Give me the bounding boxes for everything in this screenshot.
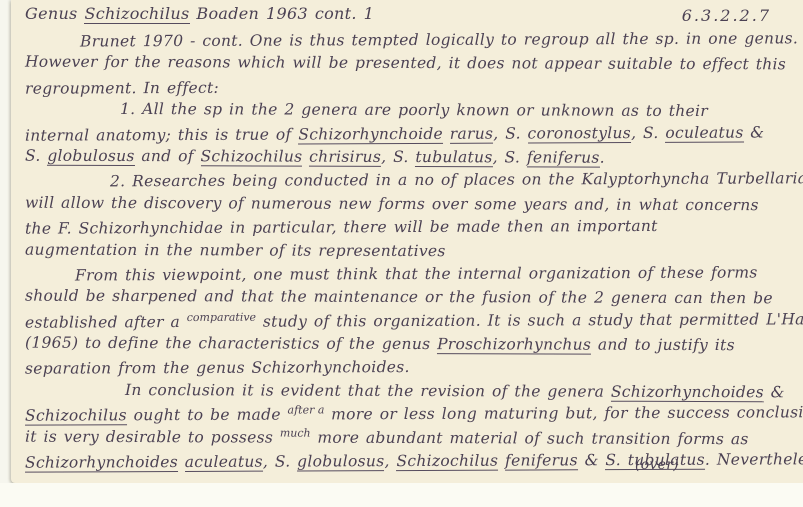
text-segment: and of [135, 147, 201, 165]
text-segment: it is very desirable to possess [25, 427, 280, 446]
underlined-taxon: feniferus [505, 451, 578, 470]
underlined-taxon: chrisirus [309, 148, 381, 167]
text-segment [178, 453, 185, 471]
text-segment: 1. All the sp in the 2 genera are poorly… [120, 100, 708, 120]
text-segment: 2. Researches being conducted in a no of… [110, 170, 803, 191]
underlined-taxon: Proschizorhynchus [437, 335, 591, 355]
card-text: Brunet 1970 - cont. One is thus tempted … [25, 29, 797, 473]
text-line: From this viewpoint, one must think that… [25, 261, 797, 288]
text-segment: study of this organization. It is such a… [256, 310, 803, 331]
text-segment: , S. [381, 148, 415, 166]
text-segment: and to justify its [591, 336, 735, 355]
text-segment: ought to be made [127, 406, 288, 425]
text-segment: However for the reasons which will be pr… [25, 53, 786, 74]
text-line: regroupment. In effect: [25, 74, 797, 101]
text-segment: Brunet 1970 - cont. One is thus tempted … [80, 29, 798, 50]
underlined-taxon: globulosus [297, 452, 384, 471]
text-segment: separation from the genus Schizorhynchoi… [25, 358, 410, 378]
inserted-word: much [280, 426, 311, 439]
underlined-taxon: rarus [450, 124, 494, 143]
text-line: S. globulosus and of Schizochilus chrisi… [25, 145, 797, 171]
text-segment: & [764, 383, 785, 401]
underlined-taxon: Schizorhynchoides [25, 453, 178, 473]
underlined-taxon: feniferus [527, 148, 600, 167]
text-line: Brunet 1970 - cont. One is thus tempted … [25, 27, 797, 54]
text-segment: , [384, 452, 396, 470]
underlined-taxon: aculeatus [185, 453, 263, 472]
text-line: established after a comparative study of… [25, 308, 797, 335]
underlined-taxon: tubulatus [415, 148, 492, 167]
text-line: it is very desirable to possess much mor… [25, 425, 797, 451]
scan-background: Genus Schizochilus Boaden 1963 cont. 1 6… [0, 0, 803, 507]
text-segment: regroupment. In effect: [25, 79, 219, 98]
text-line: However for the reasons which will be pr… [25, 51, 797, 77]
underlined-taxon: Schizorhynchoide [298, 124, 443, 144]
text-segment: From this viewpoint, one must think that… [75, 263, 758, 284]
text-segment: , S. [493, 124, 527, 142]
underlined-taxon: Schizochilus [396, 452, 498, 471]
text-segment: . Nevertheless [705, 450, 803, 469]
text-line: augmentation in the number of its repres… [25, 238, 797, 264]
text-segment: , S. [493, 148, 527, 166]
text-segment: , S. [263, 453, 297, 471]
text-segment: internal anatomy; this is true of [25, 125, 298, 144]
underlined-taxon: Schizorhynchoides [611, 383, 764, 403]
text-segment: (1965) to define the characteristics of … [25, 334, 437, 353]
text-segment: S. [25, 147, 47, 165]
text-segment: Genus [25, 4, 84, 23]
text-segment: should be sharpened and that the mainten… [25, 287, 773, 308]
text-segment: In conclusion it is evident that the rev… [125, 381, 611, 401]
text-segment: augmentation in the number of its repres… [25, 240, 446, 259]
underlined-taxon: coronostylus [527, 124, 631, 143]
underlined-taxon: Schizochilus [201, 147, 303, 166]
scan-margin [0, 483, 803, 507]
card-content: Genus Schizochilus Boaden 1963 cont. 1 6… [25, 4, 797, 479]
text-segment [443, 124, 450, 142]
text-line: separation from the genus Schizorhynchoi… [25, 355, 797, 382]
ref-number: 6.3.2.2.7 [682, 6, 771, 25]
text-segment: will allow the discovery of numerous new… [25, 193, 759, 214]
text-line: Schizorhynchoides aculeatus, S. globulos… [25, 448, 797, 475]
text-line: Schizochilus ought to be made after a mo… [25, 402, 797, 429]
text-line: should be sharpened and that the mainten… [25, 285, 797, 311]
text-segment: . [600, 149, 605, 167]
underlined-taxon: Schizochilus [84, 4, 189, 24]
text-line: In conclusion it is evident that the rev… [25, 379, 797, 405]
underlined-taxon: Schizochilus [25, 406, 127, 425]
text-segment: , S. [631, 123, 665, 141]
over-note: (over) [635, 457, 679, 473]
text-segment: Boaden 1963 cont. 1 [190, 4, 375, 23]
text-segment: the F. Schizorhynchidae in particular, t… [25, 217, 658, 238]
underlined-taxon: oculeatus [665, 123, 743, 142]
text-line: 1. All the sp in the 2 genera are poorly… [25, 98, 797, 124]
text-segment: more abundant material of such transitio… [311, 428, 749, 448]
card-title: Genus Schizochilus Boaden 1963 cont. 1 [25, 4, 374, 24]
text-segment: & [744, 123, 765, 141]
card-header: Genus Schizochilus Boaden 1963 cont. 1 6… [25, 4, 797, 28]
inserted-word: after a [287, 404, 324, 417]
text-segment: more or less long maturing but, for the … [324, 403, 803, 423]
text-line: will allow the discovery of numerous new… [25, 191, 797, 217]
text-line: internal anatomy; this is true of Schizo… [25, 121, 797, 148]
text-line: the F. Schizorhynchidae in particular, t… [25, 214, 797, 241]
underlined-taxon: globulosus [47, 147, 134, 166]
text-segment: established after a [25, 313, 187, 332]
index-card: Genus Schizochilus Boaden 1963 cont. 1 6… [11, 0, 803, 483]
text-line: 2. Researches being conducted in a no of… [25, 168, 797, 195]
inserted-word: comparative [187, 310, 256, 323]
text-segment: & [578, 451, 606, 469]
